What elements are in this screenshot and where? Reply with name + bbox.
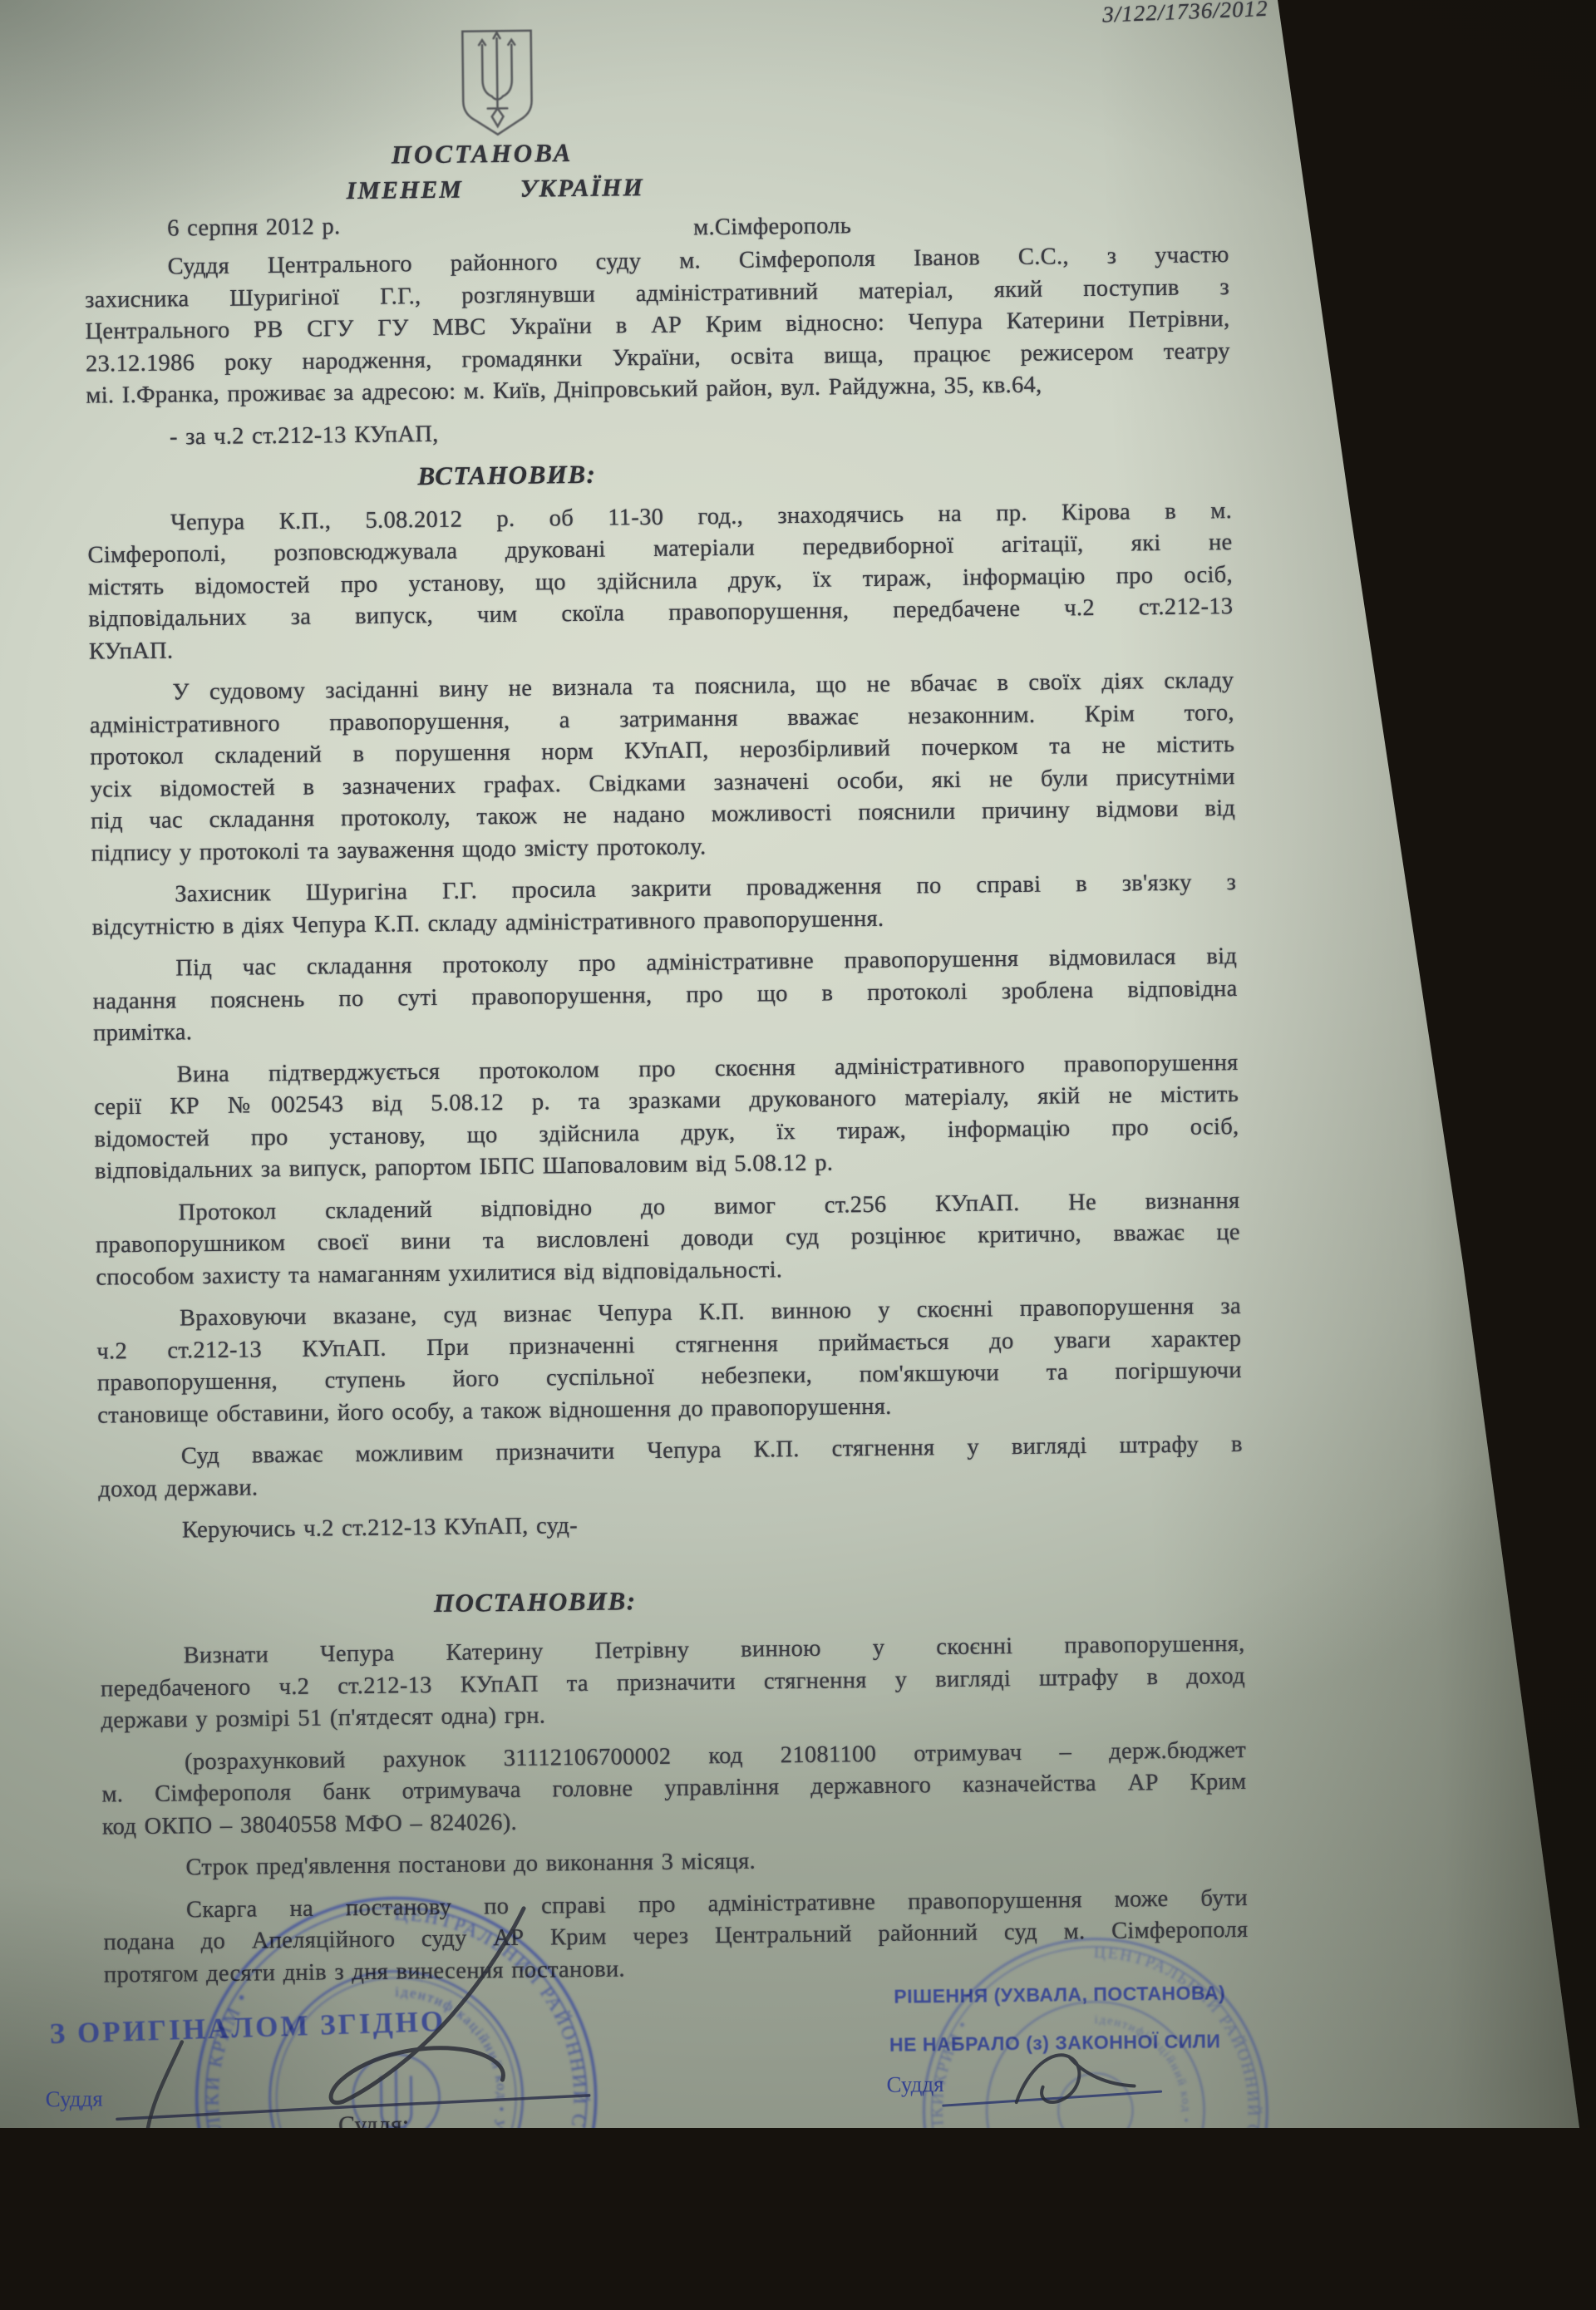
finding-paragraph-6: Протокол складений відповідно до вимог с… <box>95 1185 1240 1293</box>
text-line: - за ч.2 ст.212-13 КУпАП, <box>86 410 1231 455</box>
judge-signature-left-flourish-icon <box>146 2042 183 2128</box>
in-the-name-label: ІМЕНЕМ <box>346 176 463 206</box>
finding-paragraph-8: Суд вважає можливим призначити Чепура К.… <box>98 1429 1244 1506</box>
round-court-seal-stamp: ЦЕНТРАЛЬНИЙ РАЙОННИЙ СУД М. СІМФЕРОПОЛЯ … <box>186 1888 607 2128</box>
paper-sheet: 3/122/1736/2012 ПОСТАНОВА ІМЕНЕМ УКРАЇНИ… <box>0 0 1596 2128</box>
photographed-court-document: 3/122/1736/2012 ПОСТАНОВА ІМЕНЕМ УКРАЇНИ… <box>0 0 1596 2128</box>
text-line: Строк пред'явлення постанови до виконанн… <box>102 1840 1247 1885</box>
text-line: Керуючись ч.2 ст.212-13 КУпАП, суд- <box>99 1503 1244 1548</box>
case-number: 3/122/1736/2012 <box>1102 0 1269 28</box>
charge-line: - за ч.2 ст.212-13 КУпАП, <box>86 410 1231 455</box>
finding-paragraph-3: Захисник Шуригіна Г.Г. просила закрити п… <box>91 867 1237 944</box>
ukraine-trident-coat-of-arms-icon <box>456 26 539 140</box>
finding-paragraph-9: Керуючись ч.2 ст.212-13 КУпАП, суд- <box>99 1503 1244 1548</box>
svg-text:ЦЕНТРАЛЬНИЙ РАЙОННИЙ СУД М. СІ: ЦЕНТРАЛЬНИЙ РАЙОННИЙ СУД М. СІМФЕРОПОЛЯ … <box>926 1942 1264 2128</box>
decision-city: м.Сімферополь <box>693 210 851 244</box>
finding-paragraph-7: Враховуючи вказане, суд визнає Чепура К.… <box>96 1291 1243 1432</box>
of-ukraine-label: УКРАЇНИ <box>520 174 644 204</box>
document-body: 6 серпня 2012 р. м.Сімферополь Суддя Цен… <box>84 201 1249 2001</box>
document-title: ПОСТАНОВА <box>0 134 974 175</box>
order-paragraph-1: Визнати Чепура Катерину Петрівну винною … <box>100 1628 1245 1737</box>
svg-text:ідентифікаційний код • Україна: ідентифікаційний код • Україна • <box>1094 2012 1193 2128</box>
finding-paragraph-1: Чепура К.П., 5.08.2012 р. об 11-30 год.,… <box>87 495 1234 668</box>
intro-paragraph: Суддя Центрального районного суду м. Сім… <box>84 239 1230 412</box>
established-heading: ВСТАНОВИВ: <box>417 459 596 493</box>
document-content: 3/122/1736/2012 ПОСТАНОВА ІМЕНЕМ УКРАЇНИ… <box>0 0 1596 2128</box>
finding-paragraph-2: У судовому засіданні вину не визнала та … <box>89 665 1236 870</box>
order-paragraph-3: Строк пред'явлення постанови до виконанн… <box>102 1840 1247 1885</box>
order-paragraph-2: (розрахунковий рахунок 31112106700002 ко… <box>101 1734 1247 1843</box>
finding-paragraph-5: Вина підтверджується протоколом про скоє… <box>93 1047 1239 1188</box>
finding-paragraph-4: Під час складання протоколу про адмініст… <box>92 941 1238 1050</box>
decision-date: 6 серпня 2012 р. <box>84 214 341 242</box>
resolved-heading: ПОСТАНОВИВ: <box>434 1585 637 1619</box>
round-court-seal-stamp-faint: ЦЕНТРАЛЬНИЙ РАЙОННИЙ СУД М. СІМФЕРОПОЛЯ … <box>914 1930 1276 2128</box>
judge-label-left: Суддя <box>45 2086 102 2113</box>
